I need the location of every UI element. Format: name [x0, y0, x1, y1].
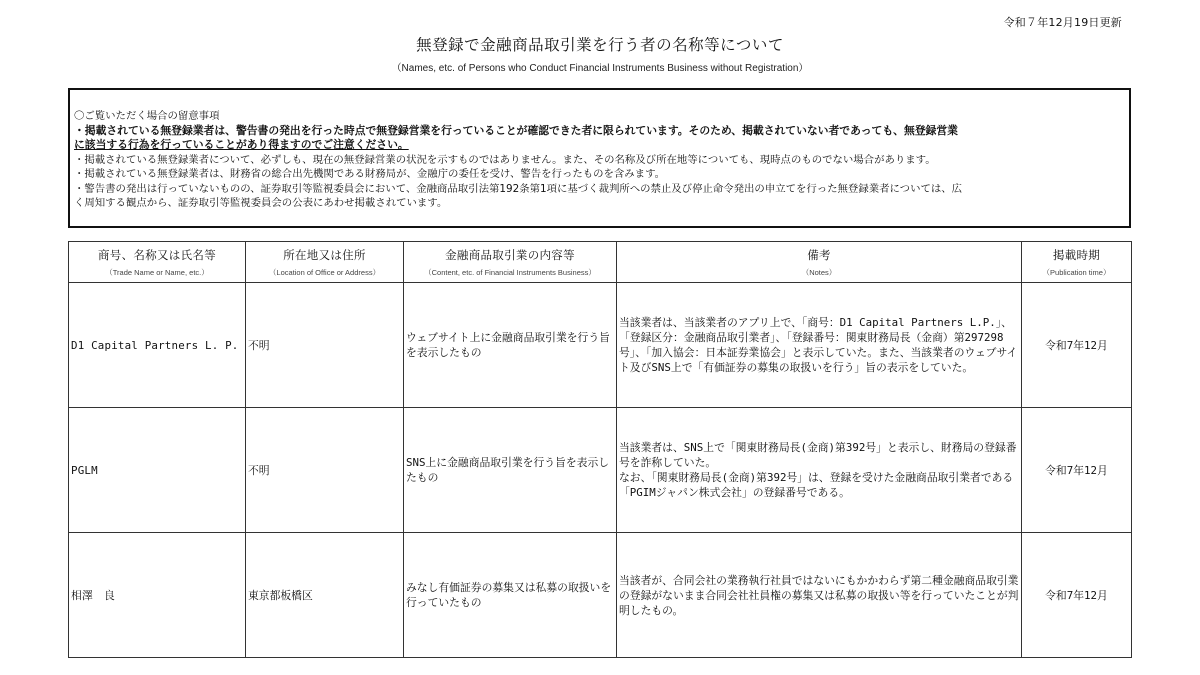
column-header-english: （Content, etc. of Financial Instruments … [404, 267, 616, 278]
column-header-label: 掲載時期 [1022, 247, 1131, 263]
notice-box: 〇ご覧いただく場合の留意事項 ・掲載されている無登録業者は、警告書の発出を行った… [68, 88, 1131, 228]
last-updated-date: 令和７年12月19日更新 [1004, 14, 1122, 30]
column-header-english: （Notes） [617, 267, 1021, 278]
cell-content: ウェブサイト上に金融商品取引業を行う旨を表示したもの [404, 283, 617, 408]
column-header-label: 備考 [617, 247, 1021, 263]
column-header-content: 金融商品取引業の内容等 （Content, etc. of Financial … [404, 242, 617, 283]
column-header-label: 金融商品取引業の内容等 [404, 247, 616, 263]
cell-publication-time: 令和7年12月 [1022, 533, 1132, 658]
cell-notes: 当該者が、合同会社の業務執行社員ではないにもかかわらず第二種金融商品取引業の登録… [617, 533, 1022, 658]
notice-content: 〇ご覧いただく場合の留意事項 ・掲載されている無登録業者は、警告書の発出を行った… [74, 109, 1125, 211]
notice-line-5: ・警告書の発出は行っていないものの、証券取引等監視委員会において、金融商品取引法… [74, 182, 1125, 197]
table-header-row: 商号、名称又は氏名等 （Trade Name or Name, etc.） 所在… [69, 242, 1132, 283]
notice-heading: 〇ご覧いただく場合の留意事項 [74, 109, 1125, 124]
page-subtitle: （Names, etc. of Persons who Conduct Fina… [0, 59, 1200, 74]
cell-content: みなし有価証券の募集又は私募の取扱いを行っていたもの [404, 533, 617, 658]
table-row: D1 Capital Partners L. P. 不明 ウェブサイト上に金融商… [69, 283, 1132, 408]
column-header-label: 所在地又は住所 [246, 247, 403, 263]
cell-publication-time: 令和7年12月 [1022, 408, 1132, 533]
cell-name: D1 Capital Partners L. P. [69, 283, 246, 408]
notes-paragraph-1: 当該業者は、SNS上で「関東財務局長(金商)第392号」と表示し、財務局の登録番… [619, 440, 1019, 470]
cell-address: 不明 [246, 283, 404, 408]
cell-address: 不明 [246, 408, 404, 533]
notice-line-4: ・掲載されている無登録業者は、財務省の総合出先機関である財務局が、金融庁の委任を… [74, 167, 1125, 182]
column-header-english: （Trade Name or Name, etc.） [69, 267, 245, 278]
cell-notes: 当該業者は、SNS上で「関東財務局長(金商)第392号」と表示し、財務局の登録番… [617, 408, 1022, 533]
cell-name: 相澤 良 [69, 533, 246, 658]
column-header-name: 商号、名称又は氏名等 （Trade Name or Name, etc.） [69, 242, 246, 283]
column-header-notes: 備考 （Notes） [617, 242, 1022, 283]
notice-warning-line-1: ・掲載されている無登録業者は、警告書の発出を行った時点で無登録営業を行っているこ… [74, 124, 1125, 139]
notice-line-6: く周知する観点から、証券取引等監視委員会の公表にあわせ掲載されています。 [74, 196, 1125, 211]
cell-address: 東京都板橋区 [246, 533, 404, 658]
cell-name: PGLM [69, 408, 246, 533]
column-header-label: 商号、名称又は氏名等 [69, 247, 245, 263]
page-title: 無登録で金融商品取引業を行う者の名称等について [0, 33, 1200, 55]
cell-notes: 当該業者は、当該業者のアプリ上で、「商号：D1 Capital Partners… [617, 283, 1022, 408]
unregistered-operators-table: 商号、名称又は氏名等 （Trade Name or Name, etc.） 所在… [68, 241, 1132, 658]
table-row: 相澤 良 東京都板橋区 みなし有価証券の募集又は私募の取扱いを行っていたもの 当… [69, 533, 1132, 658]
cell-publication-time: 令和7年12月 [1022, 283, 1132, 408]
column-header-english: （Publication time） [1022, 267, 1131, 278]
cell-content: SNS上に金融商品取引業を行う旨を表示したもの [404, 408, 617, 533]
column-header-address: 所在地又は住所 （Location of Office or Address） [246, 242, 404, 283]
table-row: PGLM 不明 SNS上に金融商品取引業を行う旨を表示したもの 当該業者は、SN… [69, 408, 1132, 533]
notice-line-3: ・掲載されている無登録業者について、必ずしも、現在の無登録営業の状況を示すもので… [74, 153, 1125, 168]
notes-paragraph-2: なお、「関東財務局長(金商)第392号」は、登録を受けた金融商品取引業者である「… [619, 470, 1019, 500]
column-header-english: （Location of Office or Address） [246, 267, 403, 278]
column-header-publication-time: 掲載時期 （Publication time） [1022, 242, 1132, 283]
notice-warning-line-2: に該当する行為を行っていることがあり得ますのでご注意ください。 [74, 138, 1125, 153]
